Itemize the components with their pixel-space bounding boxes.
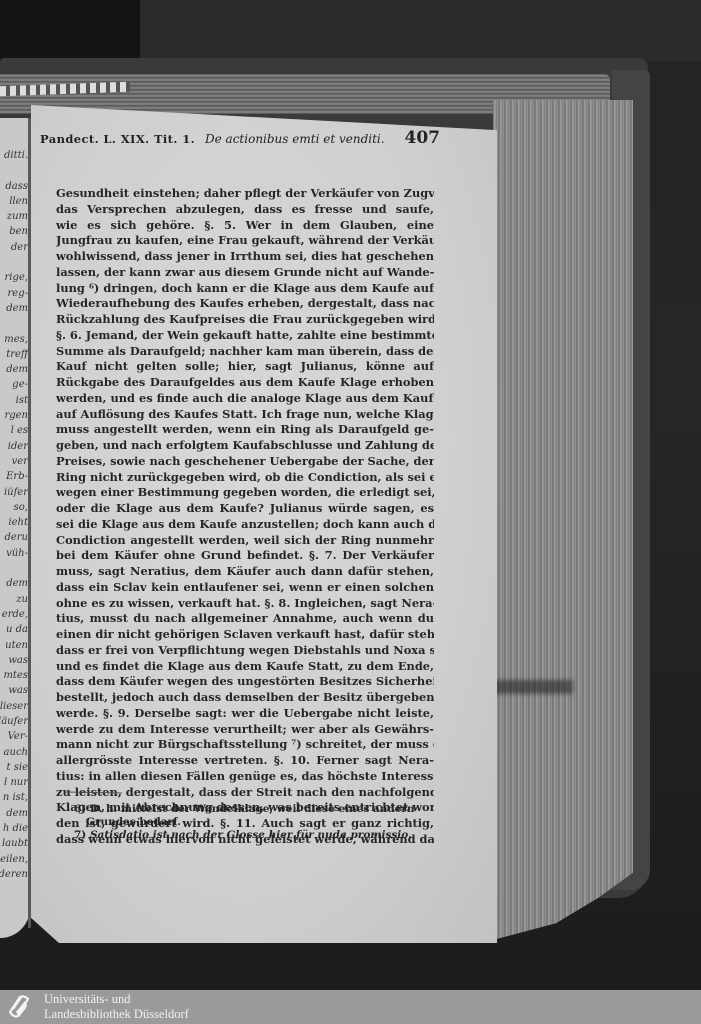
text-line: Condiction angestellt werden, weil sich … — [56, 533, 434, 549]
text-line: muss, sagt Neratius, dem Käufer auch dan… — [56, 564, 434, 580]
left-page-line: so, — [0, 500, 28, 515]
left-page-line: u da — [0, 622, 28, 637]
left-page-line: n ist, — [0, 790, 28, 805]
footnote-7: 7) Satisdatio ist nach der Glosse hier f… — [74, 829, 419, 842]
left-page-line: treff — [0, 347, 28, 362]
left-page-line: ist — [0, 393, 28, 408]
left-page-line — [0, 561, 28, 576]
left-page-line: Ver- — [0, 729, 28, 744]
running-head: Pandect. L. XIX. Tit. 1. — [40, 132, 195, 146]
page-header: Pandect. L. XIX. Tit. 1. De actionibus e… — [40, 128, 440, 154]
left-page-line: was — [0, 683, 28, 698]
text-line: tius, musst du nach allgemeiner Annahme,… — [56, 611, 434, 627]
text-line: wie es sich gehöre. §. 5. Wer in dem Gla… — [56, 218, 434, 234]
left-page-line: rgen — [0, 408, 28, 423]
book-gutter — [28, 118, 31, 928]
left-page-line: laubt — [0, 836, 28, 851]
text-line: dass ein Sclav kein entlaufener sei, wen… — [56, 580, 434, 596]
left-page-line: ge- — [0, 377, 28, 392]
text-line: Jungfrau zu kaufen, eine Frau gekauft, w… — [56, 233, 434, 249]
left-page-line: h die — [0, 821, 28, 836]
text-line: dass er frei von Verpflichtung wegen Die… — [56, 643, 434, 659]
text-line: dass dem Käufer wegen des ungestörten Be… — [56, 674, 434, 690]
text-line: Gesundheit einstehen; daher pflegt der V… — [56, 186, 434, 202]
text-line: bei dem Käufer ohne Grund befindet. §. 7… — [56, 548, 434, 564]
text-line: allergrösste Interesse vertreten. §. 10.… — [56, 753, 434, 769]
text-line: mann nicht zur Bürgschaftsstellung ⁷) sc… — [56, 737, 434, 753]
text-line: einen dir nicht gehörigen Sclaven verkau… — [56, 627, 434, 643]
text-line: wohlwissend, dass jener in Irrthum sei, … — [56, 249, 434, 265]
text-line: lung ⁶) dringen, doch kann er die Klage … — [56, 281, 434, 297]
left-page-line: llen — [0, 194, 28, 209]
left-page-line: rige, — [0, 270, 28, 285]
text-line: sei die Klage aus dem Kaufe anzustellen;… — [56, 517, 434, 533]
left-page-partial: ditti.dassllenzumbenderrige,reg-demmes,t… — [0, 118, 30, 938]
body-text: Gesundheit einstehen; daher pflegt der V… — [56, 186, 434, 848]
text-line: auf Auflösung des Kaufes Statt. Ich frag… — [56, 407, 434, 423]
left-page-line: l es — [0, 423, 28, 438]
text-line: tius: in allen diesen Fällen genüge es, … — [56, 769, 434, 785]
left-page-line: ider — [0, 439, 28, 454]
left-page-line: dass — [0, 179, 28, 194]
text-line: geben, und nach erfolgtem Kaufabschlusse… — [56, 438, 434, 454]
page-edges-fore — [493, 100, 633, 940]
footnote-6: 6) D. h. mittelst der Wandelklage, weil … — [74, 803, 419, 816]
left-page-line: deren — [0, 867, 28, 882]
library-name-line1: Universitäts- und — [44, 992, 189, 1007]
text-line: lassen, der kann zwar aus diesem Grunde … — [56, 265, 434, 281]
text-line: oder die Klage aus dem Kaufe? Julianus w… — [56, 501, 434, 517]
left-page-line: l nur — [0, 775, 28, 790]
text-line: Wiederaufhebung des Kaufes erheben, derg… — [56, 296, 434, 312]
text-line: §. 6. Jemand, der Wein gekauft hatte, za… — [56, 328, 434, 344]
section-title: De actionibus emti et venditi. — [205, 132, 385, 146]
left-page-line: eilen, — [0, 852, 28, 867]
text-line: das Versprechen abzulegen, dass es fress… — [56, 202, 434, 218]
left-page-text: ditti.dassllenzumbenderrige,reg-demmes,t… — [0, 148, 28, 882]
text-line: bestellt, jedoch auch dass demselben der… — [56, 690, 434, 706]
left-page-line: iüfer — [0, 485, 28, 500]
left-page-line: der — [0, 240, 28, 255]
text-line: Rückzahlung des Kaufpreises die Frau zur… — [56, 312, 434, 328]
left-page-line: dem — [0, 362, 28, 377]
background-shadow — [0, 0, 140, 62]
text-line: Ring nicht zurückgegeben wird, ob die Co… — [56, 470, 434, 486]
left-page-line: t sie — [0, 760, 28, 775]
left-page-line — [0, 255, 28, 270]
text-line: Preises, sowie nach geschehener Uebergab… — [56, 454, 434, 470]
left-page-line: mes, — [0, 332, 28, 347]
text-line: werde zu dem Interesse verurtheilt; wer … — [56, 722, 434, 738]
left-page-line: ben — [0, 224, 28, 239]
left-page-line: ditti. — [0, 148, 28, 163]
library-name: Universitäts- und Landesbibliothek Düsse… — [44, 992, 189, 1022]
left-page-line: dem — [0, 806, 28, 821]
left-page-line: auch — [0, 745, 28, 760]
left-page-line: vüh- — [0, 546, 28, 561]
text-line: muss angestellt werden, wenn ein Ring al… — [56, 422, 434, 438]
left-page-line: reg- — [0, 286, 28, 301]
text-line: ohne es zu wissen, verkauft hat. §. 8. I… — [56, 596, 434, 612]
left-page-line: dem — [0, 576, 28, 591]
left-page-line: Erb- — [0, 469, 28, 484]
left-page-line: zum — [0, 209, 28, 224]
library-logo-icon — [4, 992, 34, 1022]
text-line: werde. §. 9. Derselbe sagt: wer die Uebe… — [56, 706, 434, 722]
edge-stain — [493, 680, 573, 694]
left-page-line — [0, 163, 28, 178]
left-page-line: lieser — [0, 699, 28, 714]
text-line: Kauf nicht gelten solle; hier, sagt Juli… — [56, 359, 434, 375]
left-page-line: dem — [0, 301, 28, 316]
left-page-line: ieht — [0, 515, 28, 530]
footnotes: 6) D. h. mittelst der Wandelklage, weil … — [74, 803, 419, 842]
footnote-6-cont: Grundes bedarf. — [74, 816, 419, 829]
text-line: werden, und es finde auch die analoge Kl… — [56, 391, 434, 407]
text-line: und es findet die Klage aus dem Kaufe St… — [56, 659, 434, 675]
page-number: 407 — [405, 128, 441, 148]
text-line: Rückgabe des Daraufgeldes aus dem Kaufe … — [56, 375, 434, 391]
text-line: Summe als Daraufgeld; nachher kam man üb… — [56, 344, 434, 360]
text-line: wegen einer Bestimmung gegeben worden, d… — [56, 485, 434, 501]
left-page-line: erde, — [0, 607, 28, 622]
left-page-line: zu — [0, 592, 28, 607]
left-page-line: uten — [0, 638, 28, 653]
left-page-line: ver — [0, 454, 28, 469]
left-page-line: was — [0, 653, 28, 668]
left-page-line: mtes — [0, 668, 28, 683]
scan-background: ditti.dassllenzumbenderrige,reg-demmes,t… — [0, 0, 701, 990]
library-name-line2: Landesbibliothek Düsseldorf — [44, 1007, 189, 1022]
background-surface — [140, 0, 701, 62]
left-page-line — [0, 316, 28, 331]
left-page-line: läufer — [0, 714, 28, 729]
left-page-line: deru — [0, 530, 28, 545]
